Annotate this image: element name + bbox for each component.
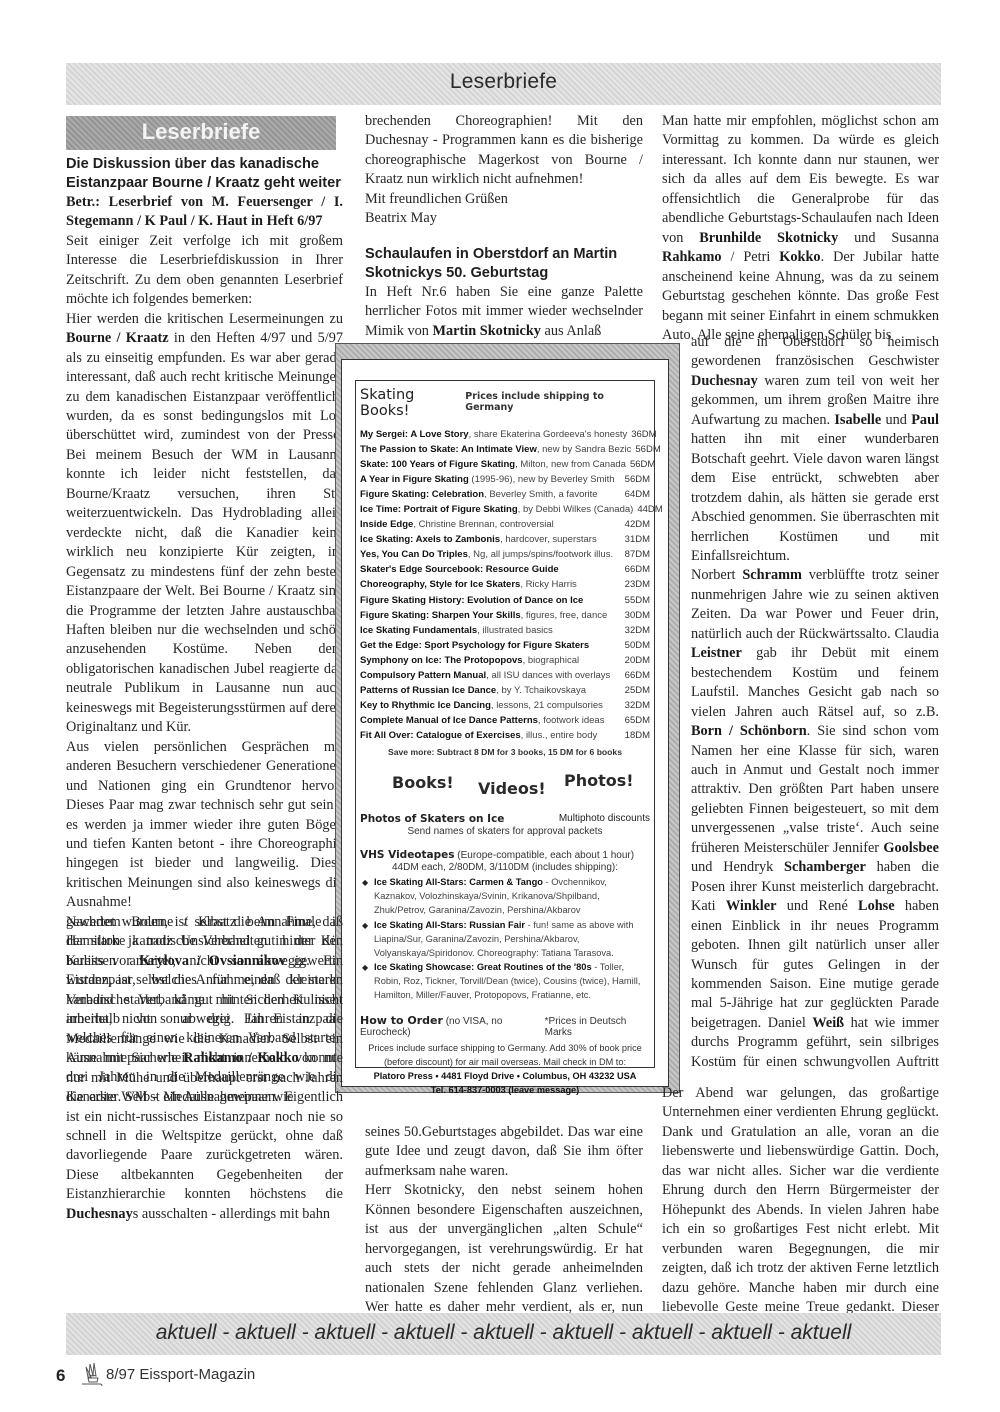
slogan-books: Books! [392, 773, 454, 792]
article1-headline: Die Diskussion über das kanadische Eista… [66, 155, 343, 193]
article2-headline: Schaulaufen in Oberstdorf an Martin Skot… [365, 245, 643, 283]
article1-closing: Mit freundlichen Grüßen [365, 190, 643, 209]
photos-note: Send names of skaters for approval packe… [360, 825, 650, 839]
video-item: ◆Ice Skating Showcase: Great Routines of… [360, 961, 650, 1003]
book-row: Ice Time: Portrait of Figure Skating, by… [360, 502, 650, 517]
article2-paragraph: Der Abend war gelungen, das großartige U… [662, 1084, 939, 1337]
book-row: Fit All Over: Catalogue of Exercises, il… [360, 728, 650, 743]
slogan-photos: Photos! [564, 771, 634, 790]
book-row: The Passion to Skate: An Intimate View, … [360, 442, 650, 457]
page-number: 6 [56, 1366, 65, 1386]
article1-paragraph: Hier werden die kritischen Lesermeinunge… [66, 310, 343, 738]
book-price: 55DM [625, 593, 650, 608]
book-price: 56DM [630, 457, 655, 472]
article1-signature: Beatrix May [365, 209, 643, 228]
article2-paragraph: auf die in Oberstdorf so heimisch geword… [691, 333, 939, 566]
video-item: ◆Ice Skating All-Stars: Carmen & Tango -… [360, 876, 650, 918]
book-row: Figure Skating: Celebration, Beverley Sm… [360, 487, 650, 502]
article2-column-right-bottom: Der Abend war gelungen, das großartige U… [662, 1084, 939, 1337]
book-row: Ice Skating: Axels to Zambonis, hardcove… [360, 532, 650, 547]
video-list: ◆Ice Skating All-Stars: Carmen & Tango -… [360, 876, 650, 1003]
book-row: Complete Manual of Ice Dance Patterns, f… [360, 713, 650, 728]
book-price: 56DM [625, 472, 650, 487]
book-row: Compulsory Pattern Manual, all ISU dance… [360, 668, 650, 683]
book-price: 31DM [625, 532, 650, 547]
book-row: Patterns of Russian Ice Dance, by Y. Tch… [360, 683, 650, 698]
ad-title: Skating Books! [360, 387, 465, 419]
book-row: A Year in Figure Skating (1995-96), new … [360, 472, 650, 487]
page-header-band: Leserbriefe [66, 63, 941, 105]
book-price: 18DM [625, 728, 650, 743]
vhs-header: VHS Videotapes (Europe-compatible, each … [360, 849, 650, 861]
book-price: 20DM [625, 653, 650, 668]
page-title: Leserbriefe [66, 70, 941, 94]
diamond-bullet-icon: ◆ [362, 919, 368, 933]
vhs-prices: 44DM each, 2/80DM, 3/110DM (includes shi… [360, 861, 650, 875]
book-price: 56DM [635, 442, 660, 457]
book-price: 30DM [625, 608, 650, 623]
book-row: Skater's Edge Sourcebook: Resource Guide… [360, 562, 650, 577]
book-price: 32DM [625, 623, 650, 638]
book-price: 87DM [625, 547, 650, 562]
ad-content: Skating Books! Prices include shipping t… [355, 380, 655, 1068]
diamond-bullet-icon: ◆ [362, 961, 368, 975]
book-row: Symphony on Ice: The Protopopovs, biogra… [360, 653, 650, 668]
book-row: Skate: 100 Years of Figure Skating, Milt… [360, 457, 650, 472]
article2-paragraph: Man hatte mir empfohlen, möglichst schon… [662, 112, 939, 345]
order-details: Prices include surface shipping to Germa… [360, 1041, 650, 1097]
book-price: 50DM [625, 638, 650, 653]
section-banner-label: Leserbriefe [66, 119, 336, 145]
footer-ticker-band: aktuell - aktuell - aktuell - aktuell - … [66, 1313, 941, 1355]
book-row: Key to Rhythmic Ice Dancing, lessons, 21… [360, 698, 650, 713]
book-price: 42DM [625, 517, 650, 532]
book-price: 66DM [625, 562, 650, 577]
book-list: My Sergei: A Love Story, share Ekaterina… [360, 427, 650, 743]
magazine-issue: 8/97 Eissport-Magazin [106, 1366, 255, 1383]
article1-paragraph: Aus vielen persönlichen Gesprächen mit a… [66, 738, 343, 913]
article1-subhead: Betr.: Leserbrief von M. Feuersenger / I… [66, 193, 343, 232]
book-price: 64DM [625, 487, 650, 502]
book-row: Yes, You Can Do Triples, Ng, all jumps/s… [360, 547, 650, 562]
book-price: 32DM [625, 698, 650, 713]
photos-title: Photos of Skaters on Ice [360, 813, 504, 825]
order-header: How to Order (no VISA, no Eurocheck) *Pr… [360, 1014, 650, 1038]
currency-note: *Prices in Deutsch Marks [545, 1016, 650, 1038]
skater-wing-logo-icon [80, 1362, 104, 1388]
section-banner: Leserbriefe [66, 116, 336, 150]
book-price: 25DM [625, 683, 650, 698]
footer-ticker: aktuell - aktuell - aktuell - aktuell - … [66, 1321, 941, 1345]
book-row: My Sergei: A Love Story, share Ekaterina… [360, 427, 650, 442]
article1-paragraph: Seit einiger Zeit verfolge ich mit große… [66, 232, 343, 310]
article1-paragraph: brechenden Choreographien! Mit den Duche… [365, 112, 643, 190]
article1-paragraph: gewertet wurden, ist selbst die Annahme,… [66, 913, 343, 1224]
diamond-bullet-icon: ◆ [362, 876, 368, 890]
ad-save-note: Save more: Subtract 8 DM for 3 books, 15… [360, 747, 650, 757]
article2-column-right: Man hatte mir empfohlen, möglichst schon… [662, 112, 939, 345]
book-price: 66DM [625, 668, 650, 683]
photos-discount: Multiphoto discounts [559, 813, 650, 825]
order-phone: Tel. 614-837-0003 (leave message) [431, 1085, 579, 1095]
ad-slogans: Books! Videos! Photos! [360, 765, 650, 813]
article2-paragraph: seines 50.Geburtstages abgebildet. Das w… [365, 1123, 643, 1181]
ad-shipping-note: Prices include shipping to Germany [465, 391, 650, 413]
book-row: Choreography, Style for Ice Skaters, Ric… [360, 577, 650, 592]
book-row: Inside Edge, Christine Brennan, controve… [360, 517, 650, 532]
book-price: 44DM [637, 502, 662, 517]
order-address: Platoro Press • 4481 Floyd Drive • Colum… [374, 1071, 637, 1081]
book-row: Figure Skating History: Evolution of Dan… [360, 593, 650, 608]
book-price: 23DM [625, 577, 650, 592]
video-item: ◆Ice Skating All-Stars: Russian Fair - f… [360, 919, 650, 961]
article2-column-right-narrow: auf die in Oberstdorf so heimisch geword… [691, 333, 939, 1071]
ad-frame: Skating Books! Prices include shipping t… [341, 359, 669, 1087]
article2-paragraph: In Heft Nr.6 haben Sie eine ganze Palett… [365, 283, 643, 341]
book-row: Get the Edge: Sport Psychology for Figur… [360, 638, 650, 653]
slogan-videos: Videos! [478, 779, 546, 798]
skating-books-ad: Skating Books! Prices include shipping t… [335, 343, 680, 1093]
book-price: 36DM [631, 427, 656, 442]
book-price: 65DM [625, 713, 650, 728]
article2-paragraph: Norbert Schramm verblüffte trotz seiner … [691, 566, 939, 1071]
book-row: Ice Skating Fundamentals, illustrated ba… [360, 623, 650, 638]
article1-column-middle: brechenden Choreographien! Mit den Duche… [365, 112, 643, 341]
article1-column-left-bottom: gewertet wurden, ist selbst die Annahme,… [66, 913, 343, 1313]
book-row: Figure Skating: Sharpen Your Skills, fig… [360, 608, 650, 623]
article2-column-middle-bottom: seines 50.Geburtstages abgebildet. Das w… [365, 1123, 643, 1337]
